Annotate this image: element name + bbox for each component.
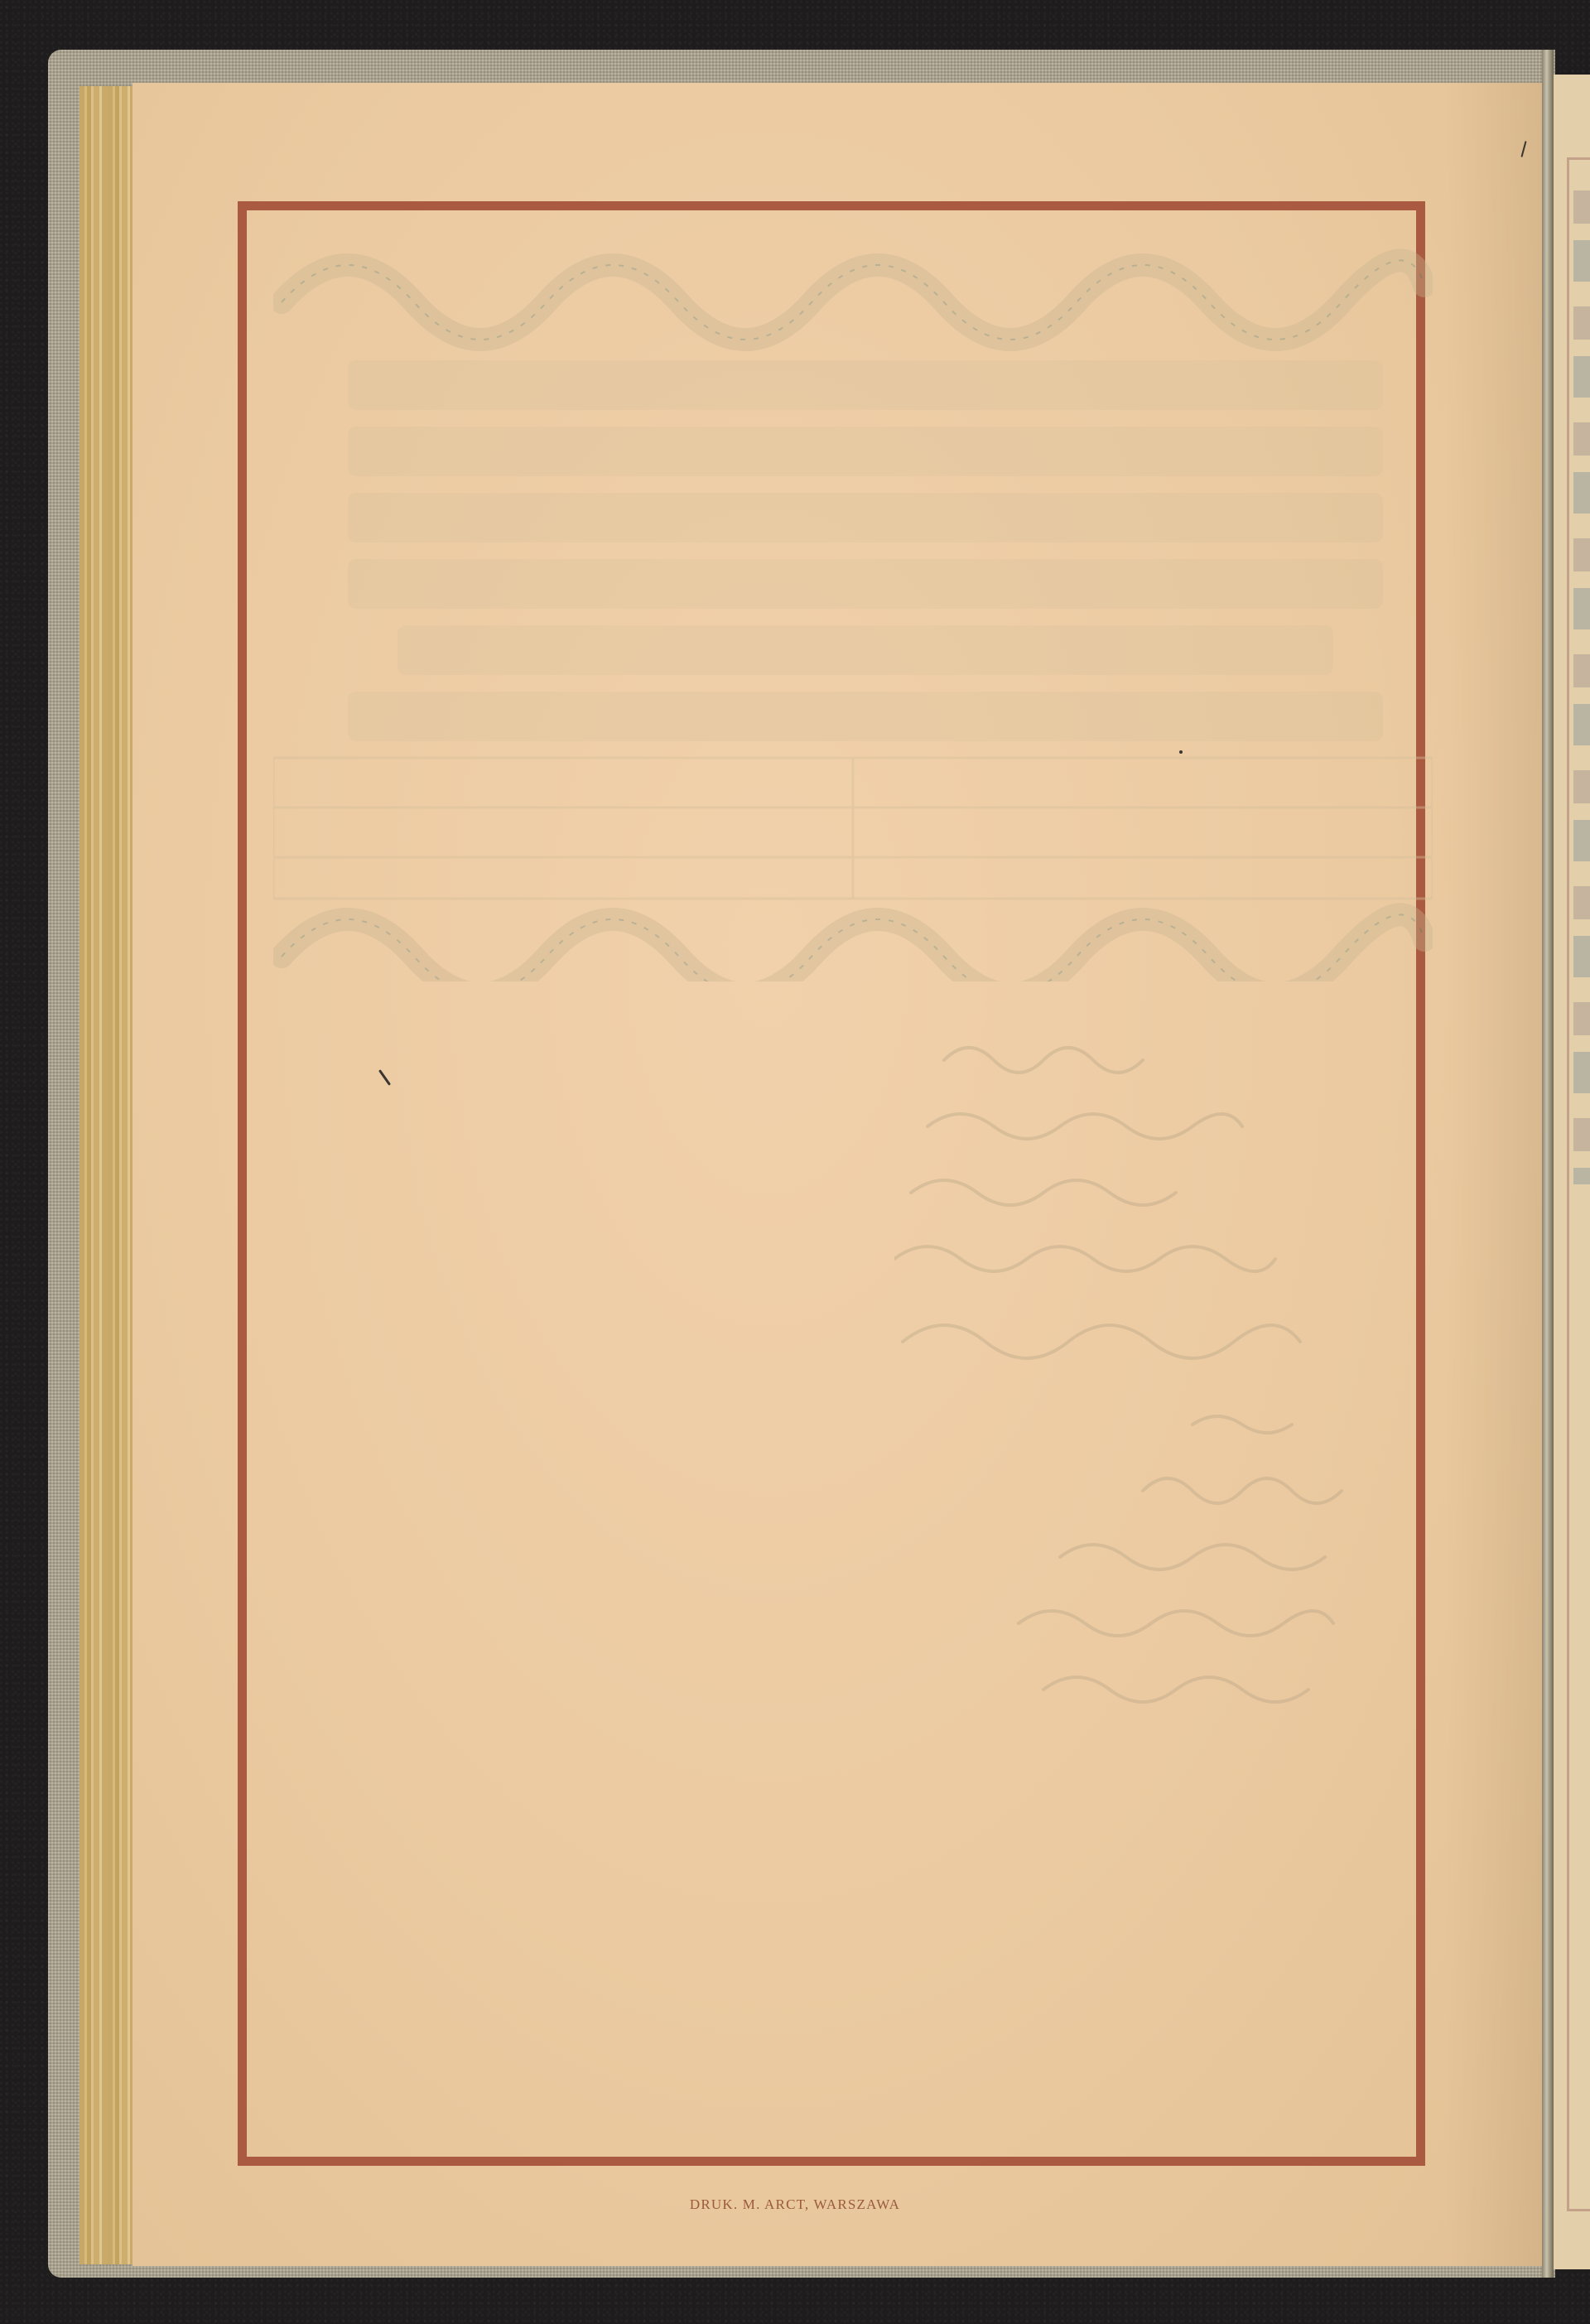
ghost-ornament-icon bbox=[273, 236, 1433, 981]
printer-imprint: DRUK. M. ARCT, WARSZAWA bbox=[0, 2196, 1590, 2213]
book-fold bbox=[1542, 50, 1554, 2278]
adjacent-page-ornament bbox=[1573, 190, 1590, 1184]
ghost-handwriting-icon bbox=[894, 1027, 1391, 1723]
page-edges-stack bbox=[79, 86, 134, 2264]
show-through-handwriting bbox=[894, 1027, 1391, 1723]
ink-speck bbox=[1179, 750, 1183, 754]
show-through-ornament bbox=[273, 236, 1433, 981]
